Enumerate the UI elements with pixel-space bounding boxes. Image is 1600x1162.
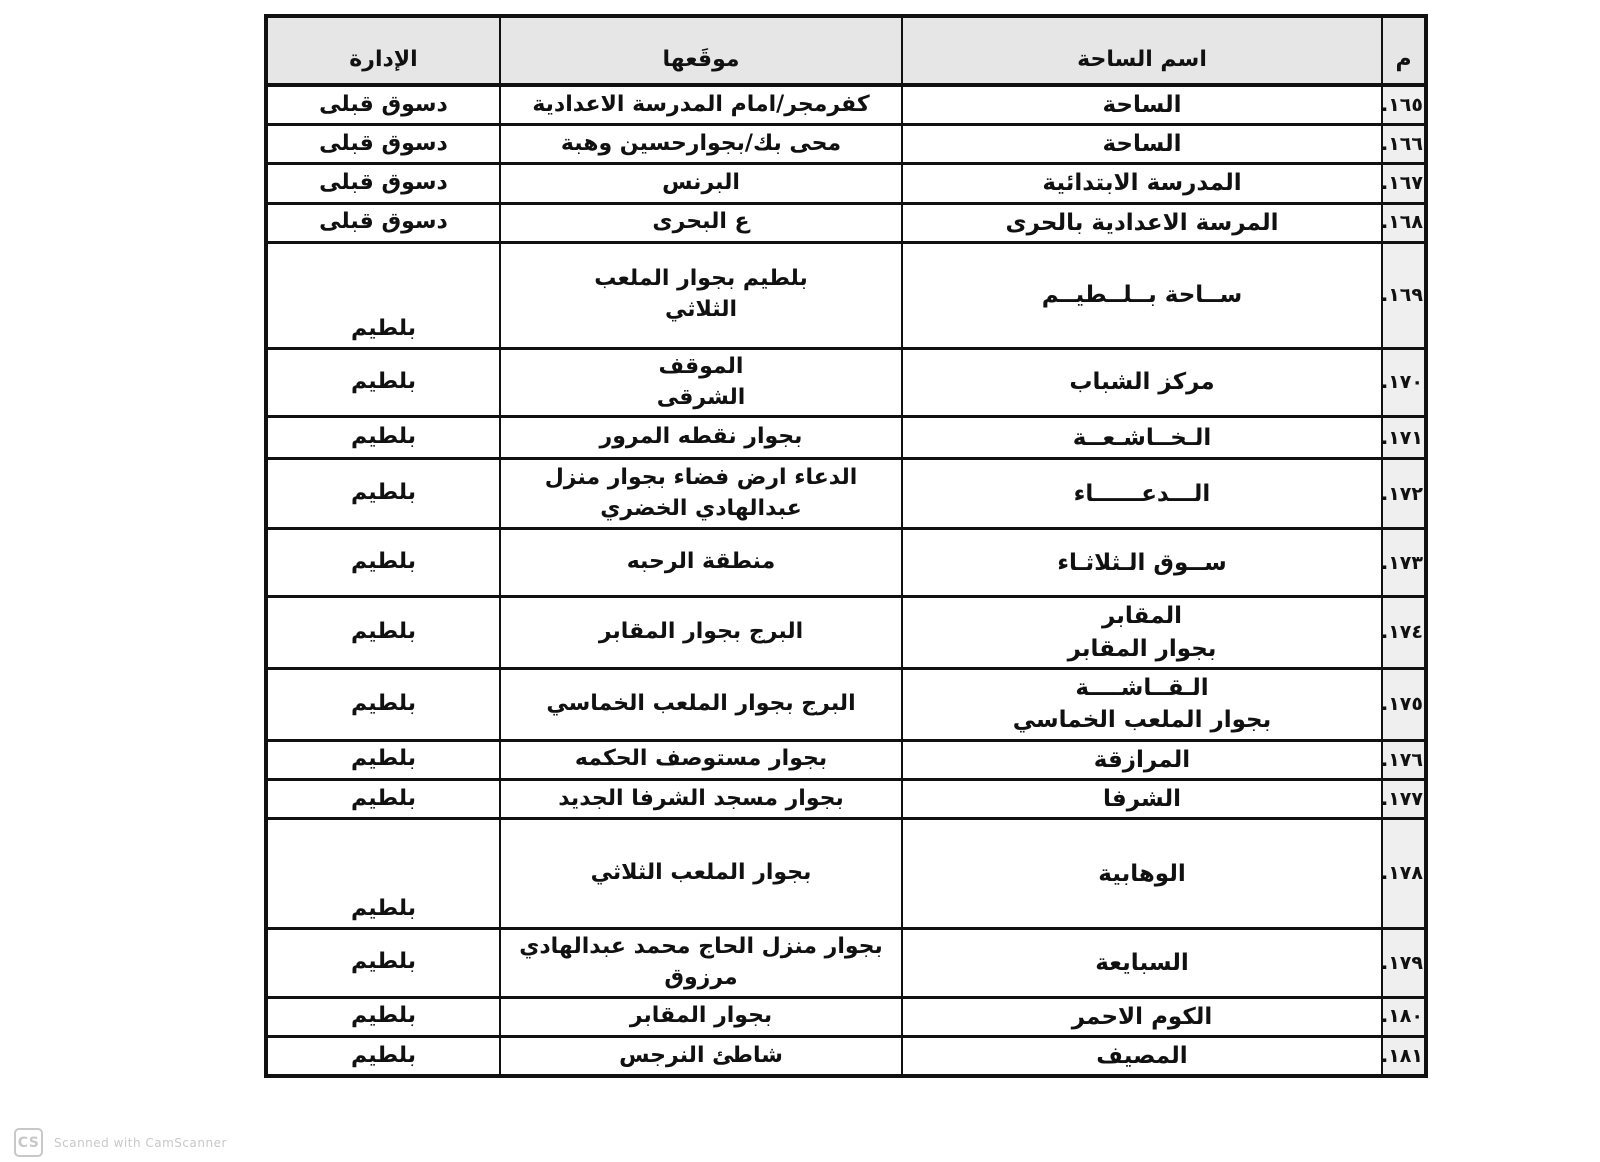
cell-square-name: ســوق الـثلاثـاء [902, 529, 1382, 597]
cell-square-name: المدرسة الابتدائية [902, 164, 1382, 203]
table-row: ١٦٥.الساحةكفرمجر/امام المدرسة الاعداديةد… [266, 85, 1426, 125]
cell-admin: بلطيم [266, 779, 500, 818]
cell-num: ١٦٩. [1382, 242, 1426, 348]
table-row: ١٦٨.المرسة الاعدادية بالحرىع البحرىدسوق … [266, 203, 1426, 242]
cell-square-name: المرازقة [902, 740, 1382, 779]
camscanner-logo-icon: CS [14, 1128, 43, 1157]
cell-location: البرج بجوار المقابر [500, 597, 902, 668]
cell-square-name: الساحة [902, 125, 1382, 164]
cell-num: ١٦٨. [1382, 203, 1426, 242]
cell-num: ١٧٢. [1382, 459, 1426, 529]
table-row: ١٦٦.الساحةمحى بك/بجوارحسين وهبةدسوق قبلى [266, 125, 1426, 164]
cell-admin: بلطيم [266, 740, 500, 779]
cell-admin: دسوق قبلى [266, 164, 500, 203]
cell-num: ١٨١. [1382, 1036, 1426, 1076]
cell-admin: دسوق قبلى [266, 203, 500, 242]
camscanner-watermark: CS Scanned with CamScanner [14, 1128, 227, 1157]
header-location: موقَعها [500, 16, 902, 85]
table-body: ١٦٥.الساحةكفرمجر/امام المدرسة الاعداديةد… [266, 85, 1426, 1076]
cell-num: ١٧٣. [1382, 529, 1426, 597]
cell-admin: بلطيم [266, 597, 500, 668]
table-row: ١٦٩.ســاحة بــلــطيــمبلطيم بجوار الملعب… [266, 242, 1426, 348]
cell-num: ١٨٠. [1382, 997, 1426, 1036]
cell-square-name: الـخــاشـعــة [902, 417, 1382, 459]
table-row: ١٧٨.الوهابيةبجوار الملعب الثلاثيبلطيم [266, 819, 1426, 929]
cell-admin: بلطيم [266, 529, 500, 597]
cell-num: ١٧٩. [1382, 929, 1426, 998]
cell-admin: دسوق قبلى [266, 125, 500, 164]
cell-admin: بلطيم [266, 348, 500, 417]
cell-location: بجوار الملعب الثلاثي [500, 819, 902, 929]
table-row: ١٧٣.ســوق الـثلاثـاءمنطقة الرحبهبلطيم [266, 529, 1426, 597]
cell-square-name: الـقــاشــــة بجوار الملعب الخماسي [902, 668, 1382, 740]
cell-location: الموقف الشرقى [500, 348, 902, 417]
cell-location: محى بك/بجوارحسين وهبة [500, 125, 902, 164]
cell-location: البرنس [500, 164, 902, 203]
cell-admin: بلطيم [266, 997, 500, 1036]
cell-location: بجوار مستوصف الحكمه [500, 740, 902, 779]
cell-admin: بلطيم [266, 929, 500, 998]
cell-admin: بلطيم [266, 242, 500, 348]
table-row: ١٧١.الـخــاشـعــةبجوار نقطه المروربلطيم [266, 417, 1426, 459]
scanned-page: م اسم الساحة موقَعها الإدارة ١٦٥.الساحةك… [0, 0, 1600, 1162]
table-row: ١٨١.المصيفشاطئ النرجسبلطيم [266, 1036, 1426, 1076]
cell-location: بجوار مسجد الشرفا الجديد [500, 779, 902, 818]
cell-square-name: الـــدعــــــاء [902, 459, 1382, 529]
cell-num: ١٧٤. [1382, 597, 1426, 668]
cell-square-name: الساحة [902, 85, 1382, 125]
cell-admin: بلطيم [266, 668, 500, 740]
cell-square-name: الكوم الاحمر [902, 997, 1382, 1036]
header-admin: الإدارة [266, 16, 500, 85]
table-row: ١٦٧.المدرسة الابتدائيةالبرنسدسوق قبلى [266, 164, 1426, 203]
cell-num: ١٧٥. [1382, 668, 1426, 740]
cell-square-name: المصيف [902, 1036, 1382, 1076]
cell-location: بجوار منزل الحاج محمد عبدالهادي مرزوق [500, 929, 902, 998]
table-row: ١٧٩.السبايعةبجوار منزل الحاج محمد عبداله… [266, 929, 1426, 998]
cell-location: شاطئ النرجس [500, 1036, 902, 1076]
table-row: ١٧٧.الشرفابجوار مسجد الشرفا الجديدبلطيم [266, 779, 1426, 818]
cell-square-name: المرسة الاعدادية بالحرى [902, 203, 1382, 242]
cell-num: ١٧٨. [1382, 819, 1426, 929]
cell-num: ١٦٦. [1382, 125, 1426, 164]
table-row: ١٧٤.المقابر بجوار المقابرالبرج بجوار الم… [266, 597, 1426, 668]
cell-location: منطقة الرحبه [500, 529, 902, 597]
cell-admin: بلطيم [266, 417, 500, 459]
cell-square-name: مركز الشباب [902, 348, 1382, 417]
header-num: م [1382, 16, 1426, 85]
header-row: م اسم الساحة موقَعها الإدارة [266, 16, 1426, 85]
cell-num: ١٧٠. [1382, 348, 1426, 417]
cell-square-name: الشرفا [902, 779, 1382, 818]
cell-location: كفرمجر/امام المدرسة الاعدادية [500, 85, 902, 125]
cell-admin: بلطيم [266, 819, 500, 929]
cell-square-name: الوهابية [902, 819, 1382, 929]
cell-num: ١٦٥. [1382, 85, 1426, 125]
table-row: ١٧٠.مركز الشبابالموقف الشرقىبلطيم [266, 348, 1426, 417]
table-row: ١٧٥.الـقــاشــــة بجوار الملعب الخماسيال… [266, 668, 1426, 740]
cell-num: ١٧٦. [1382, 740, 1426, 779]
cell-location: الدعاء ارض فضاء بجوار منزل عبدالهادي الخ… [500, 459, 902, 529]
cell-location: البرج بجوار الملعب الخماسي [500, 668, 902, 740]
table-row: ١٧٦.المرازقةبجوار مستوصف الحكمهبلطيم [266, 740, 1426, 779]
cell-num: ١٦٧. [1382, 164, 1426, 203]
header-square-name: اسم الساحة [902, 16, 1382, 85]
cell-num: ١٧١. [1382, 417, 1426, 459]
cell-location: بجوار المقابر [500, 997, 902, 1036]
squares-table: م اسم الساحة موقَعها الإدارة ١٦٥.الساحةك… [264, 14, 1428, 1078]
cell-square-name: ســاحة بــلــطيــم [902, 242, 1382, 348]
cell-location: بلطيم بجوار الملعب الثلاثي [500, 242, 902, 348]
cell-location: بجوار نقطه المرور [500, 417, 902, 459]
cell-admin: بلطيم [266, 1036, 500, 1076]
cell-square-name: السبايعة [902, 929, 1382, 998]
cell-location: ع البحرى [500, 203, 902, 242]
cell-admin: دسوق قبلى [266, 85, 500, 125]
camscanner-label: Scanned with CamScanner [54, 1136, 227, 1150]
table-row: ١٧٢.الـــدعــــــاءالدعاء ارض فضاء بجوار… [266, 459, 1426, 529]
table-row: ١٨٠.الكوم الاحمربجوار المقابربلطيم [266, 997, 1426, 1036]
cell-square-name: المقابر بجوار المقابر [902, 597, 1382, 668]
cell-admin: بلطيم [266, 459, 500, 529]
cell-num: ١٧٧. [1382, 779, 1426, 818]
